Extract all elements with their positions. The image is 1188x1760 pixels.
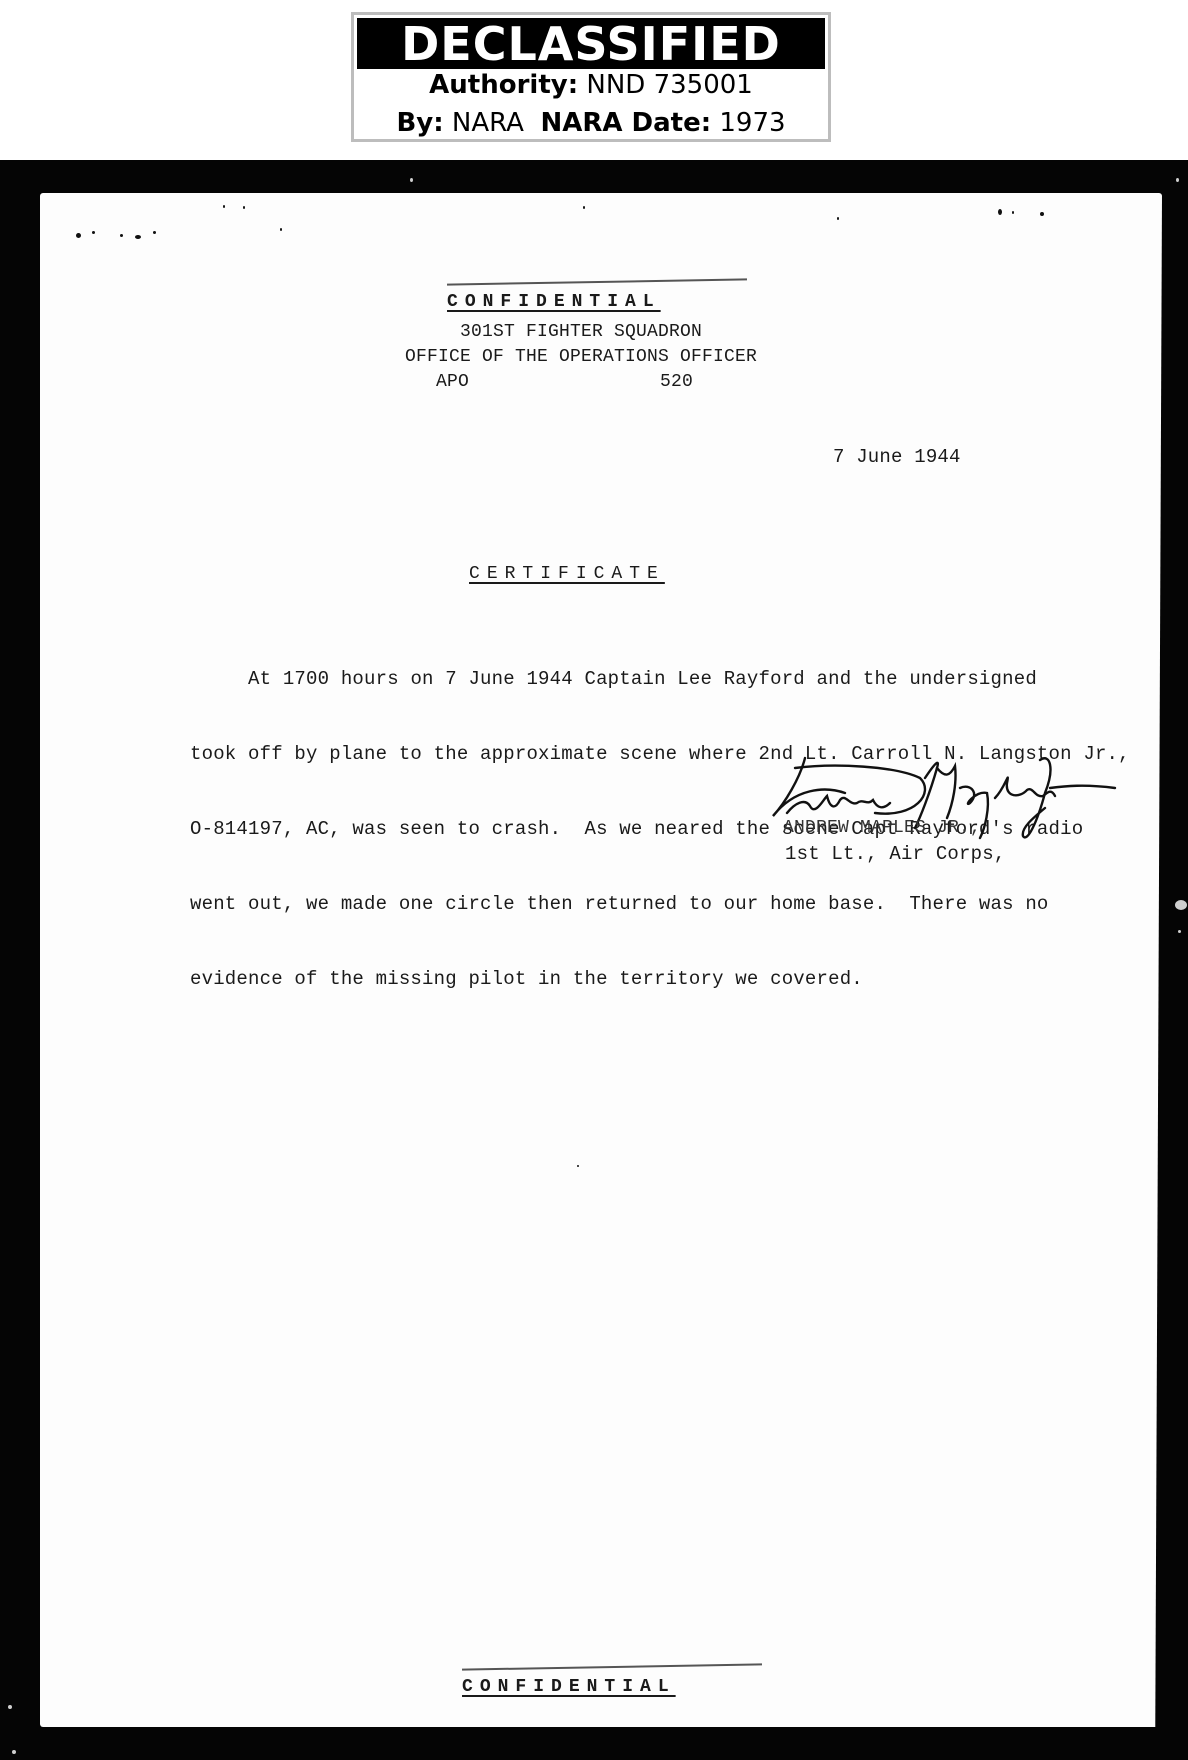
ink-mark xyxy=(583,206,585,209)
ink-mark xyxy=(120,234,123,237)
ink-mark xyxy=(1012,211,1014,214)
classification-top-text: CONFIDENTIAL xyxy=(447,292,661,312)
ink-mark xyxy=(76,233,81,238)
signatory-rank: 1st Lt., Air Corps, xyxy=(785,843,1005,865)
ink-mark xyxy=(837,217,839,220)
body-line: At 1700 hours on 7 June 1944 Captain Lee… xyxy=(190,667,1150,692)
signatory-name: ANDREW MAPLES JR., xyxy=(783,818,981,838)
ink-mark xyxy=(153,231,156,234)
body-line: went out, we made one circle then return… xyxy=(190,892,1150,917)
by-value: NARA xyxy=(452,108,524,138)
document-title: CERTIFICATE xyxy=(447,544,665,584)
ink-mark xyxy=(577,1165,579,1167)
authority-value: NND 735001 xyxy=(586,70,752,100)
ink-mark xyxy=(280,228,282,231)
scan-speck xyxy=(1175,900,1187,910)
ink-mark xyxy=(223,205,225,208)
body-line: evidence of the missing pilot in the ter… xyxy=(190,967,1150,992)
ink-mark xyxy=(135,235,141,239)
date-value: 1973 xyxy=(719,108,785,138)
stamp-by-date: By: NARA NARA Date: 1973 xyxy=(354,108,828,138)
classification-bottom-text: CONFIDENTIAL xyxy=(462,1677,676,1697)
by-label: By: xyxy=(396,108,443,138)
apo-label: APO xyxy=(436,372,469,392)
scan-speck xyxy=(1176,178,1179,182)
document-date: 7 June 1944 xyxy=(833,446,961,468)
stamp-authority: Authority: NND 735001 xyxy=(354,70,828,100)
scan-speck xyxy=(410,178,413,182)
declassification-stamp: DECLASSIFIED Authority: NND 735001 By: N… xyxy=(351,12,831,142)
ink-mark xyxy=(92,231,95,234)
classification-bottom: CONFIDENTIAL xyxy=(440,1657,676,1717)
scan-speck xyxy=(1178,930,1181,933)
ink-mark xyxy=(998,209,1002,215)
apo-number: 520 xyxy=(660,372,693,392)
scan-speck xyxy=(8,1705,12,1709)
stamp-title: DECLASSIFIED xyxy=(357,18,825,69)
date-label: NARA Date: xyxy=(540,108,711,138)
ink-mark xyxy=(243,206,245,209)
authority-label: Authority: xyxy=(429,70,578,100)
ink-mark xyxy=(1040,212,1044,216)
scan-speck xyxy=(12,1750,16,1754)
unit-name: 301ST FIGHTER SQUADRON xyxy=(371,322,791,342)
document-title-text: CERTIFICATE xyxy=(469,564,665,584)
office-name: OFFICE OF THE OPERATIONS OFFICER xyxy=(371,347,791,367)
